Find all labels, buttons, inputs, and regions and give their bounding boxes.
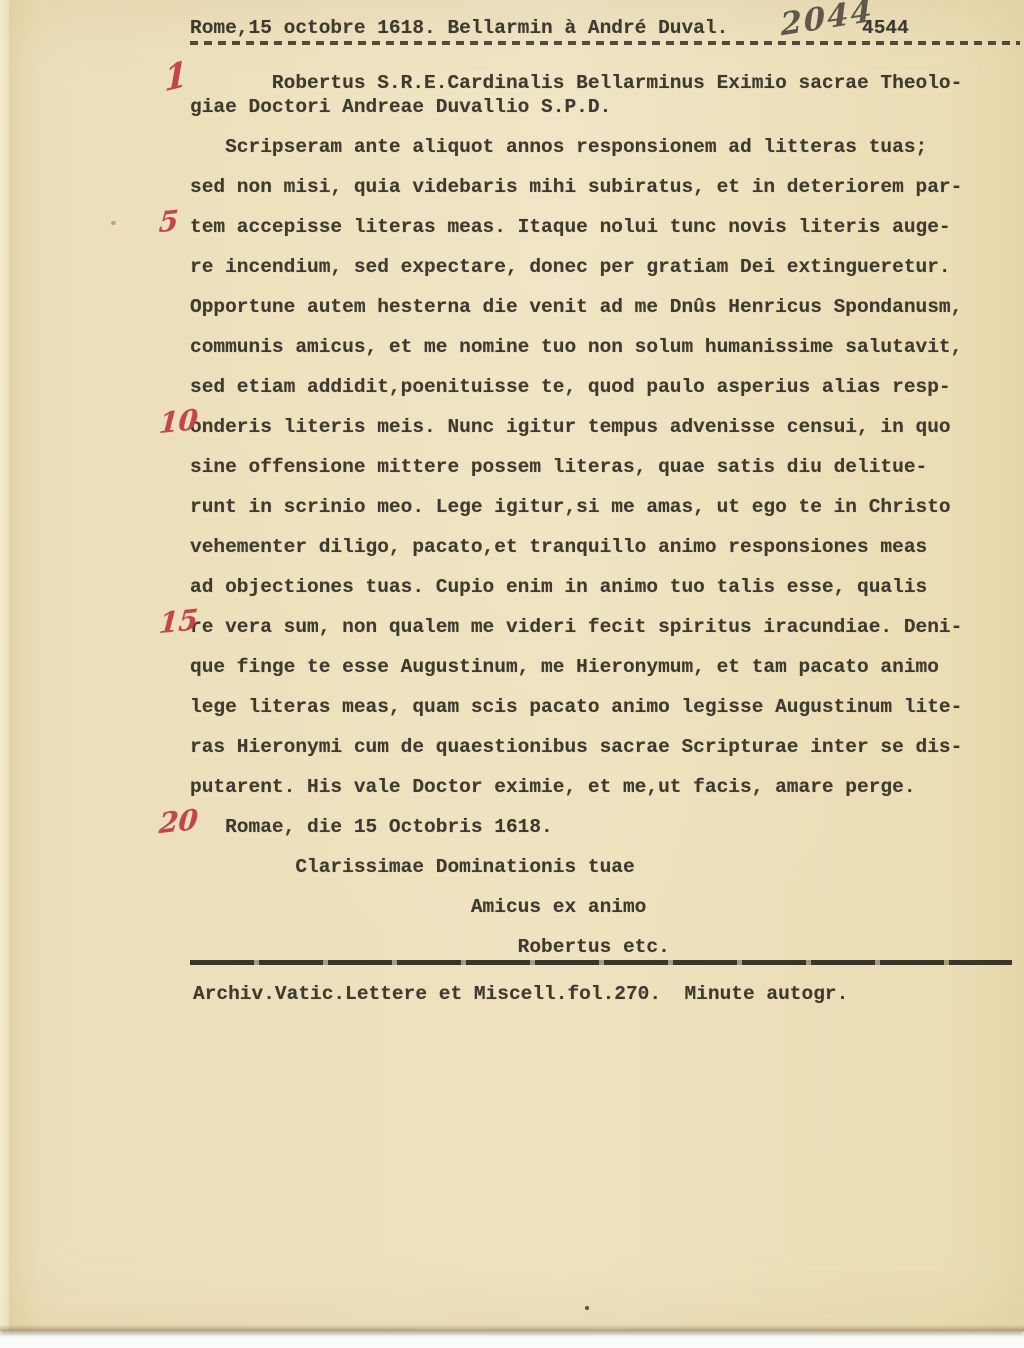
- letter-line-text: Scripseram ante aliquot annos responsion…: [190, 136, 927, 158]
- letter-line-text: re vera sum, non qualem me videri fecit …: [190, 616, 962, 638]
- letter-line-text: Clarissimae Dominationis tuae: [190, 856, 635, 878]
- letter-line: communis amicus, et me nomine tuo non so…: [190, 334, 990, 374]
- letter-line-text: re incendium, sed expectare, donec per g…: [190, 256, 951, 278]
- letter-line-text: sine offensione mittere possem literas, …: [190, 456, 927, 478]
- letter-line-text: putarent. His vale Doctor eximie, et me,…: [190, 776, 916, 798]
- margin-line-number: 1: [164, 61, 187, 94]
- letter-line-text: Robertus etc.: [190, 936, 670, 958]
- letter-body: 1 Robertus S.R.E.Cardinalis Bellarminus …: [190, 70, 990, 974]
- letter-line: Opportune autem hesterna die venit ad me…: [190, 294, 990, 334]
- letter-line-text: Opportune autem hesterna die venit ad me…: [190, 296, 962, 318]
- letter-line-text: onderis literis meis. Nunc igitur tempus…: [190, 416, 951, 438]
- letter-line-text: lege literas meas, quam scis pacato anim…: [190, 696, 962, 718]
- letter-line: ras Hieronymi cum de quaestionibus sacra…: [190, 734, 990, 774]
- letter-line-text: sed non misi, quia videbaris mihi subira…: [190, 176, 962, 198]
- typed-page-number: 4544: [862, 17, 909, 39]
- paper-speck: [585, 1306, 589, 1310]
- letter-line: lege literas meas, quam scis pacato anim…: [190, 694, 990, 734]
- letter-line: re incendium, sed expectare, donec per g…: [190, 254, 990, 294]
- margin-line-number: 5: [158, 208, 179, 236]
- footer-divider-rule: [190, 960, 1012, 965]
- letter-line: Clarissimae Dominationis tuae: [190, 854, 990, 894]
- letter-line: Amicus ex animo: [190, 894, 990, 934]
- archive-citation: Archiv.Vatic.Lettere et Miscell.fol.270.…: [193, 983, 848, 1005]
- letter-line-text: Amicus ex animo: [190, 896, 646, 918]
- letter-line: ad objectiones tuas. Cupio enim in animo…: [190, 574, 990, 614]
- letter-line: 5 tem accepisse literas meas. Itaque nol…: [190, 214, 990, 254]
- letter-line: giae Doctori Andreae Duvallio S.P.D.: [190, 94, 990, 134]
- margin-line-number: 20: [158, 807, 199, 837]
- letter-line-text: tem accepisse literas meas. Itaque nolui…: [190, 216, 951, 238]
- letter-line-text: que finge te esse Augustinum, me Hierony…: [190, 656, 939, 678]
- letter-line-text: ad objectiones tuas. Cupio enim in animo…: [190, 576, 927, 598]
- letter-line: Scripseram ante aliquot annos responsion…: [190, 134, 990, 174]
- margin-line-number: 15: [158, 607, 199, 637]
- letter-line: sine offensione mittere possem literas, …: [190, 454, 990, 494]
- header-dashed-underline: [190, 41, 1020, 45]
- letter-line: runt in scrinio meo. Lege igitur,si me a…: [190, 494, 990, 534]
- letter-line-text: Romae, die 15 Octobris 1618.: [190, 816, 553, 838]
- handwritten-archive-number: 2044: [780, 0, 875, 43]
- letter-line: 10 onderis literis meis. Nunc igitur tem…: [190, 414, 990, 454]
- paper-speck: [111, 221, 116, 225]
- header-title: Rome,15 octobre 1618. Bellarmin à André …: [190, 17, 728, 39]
- scanned-letter-page: Rome,15 octobre 1618. Bellarmin à André …: [0, 0, 1024, 1331]
- letter-line-text: giae Doctori Andreae Duvallio S.P.D.: [190, 96, 611, 118]
- letter-line-text: Robertus S.R.E.Cardinalis Bellarminus Ex…: [190, 72, 962, 94]
- letter-line: que finge te esse Augustinum, me Hierony…: [190, 654, 990, 694]
- letter-line-text: vehementer diligo, pacato,et tranquillo …: [190, 536, 927, 558]
- letter-line: sed etiam addidit,poenituisse te, quod p…: [190, 374, 990, 414]
- letter-line: 15 re vera sum, non qualem me videri fec…: [190, 614, 990, 654]
- letter-line: vehementer diligo, pacato,et tranquillo …: [190, 534, 990, 574]
- letter-line: sed non misi, quia videbaris mihi subira…: [190, 174, 990, 214]
- margin-line-number: 10: [158, 407, 199, 437]
- letter-line-text: runt in scrinio meo. Lege igitur,si me a…: [190, 496, 951, 518]
- letter-line: Robertus etc.: [190, 934, 990, 974]
- letter-line: putarent. His vale Doctor eximie, et me,…: [190, 774, 990, 814]
- letter-line-text: sed etiam addidit,poenituisse te, quod p…: [190, 376, 951, 398]
- letter-line-text: communis amicus, et me nomine tuo non so…: [190, 336, 962, 358]
- letter-line: 20 Romae, die 15 Octobris 1618.: [190, 814, 990, 854]
- letter-line-text: ras Hieronymi cum de quaestionibus sacra…: [190, 736, 962, 758]
